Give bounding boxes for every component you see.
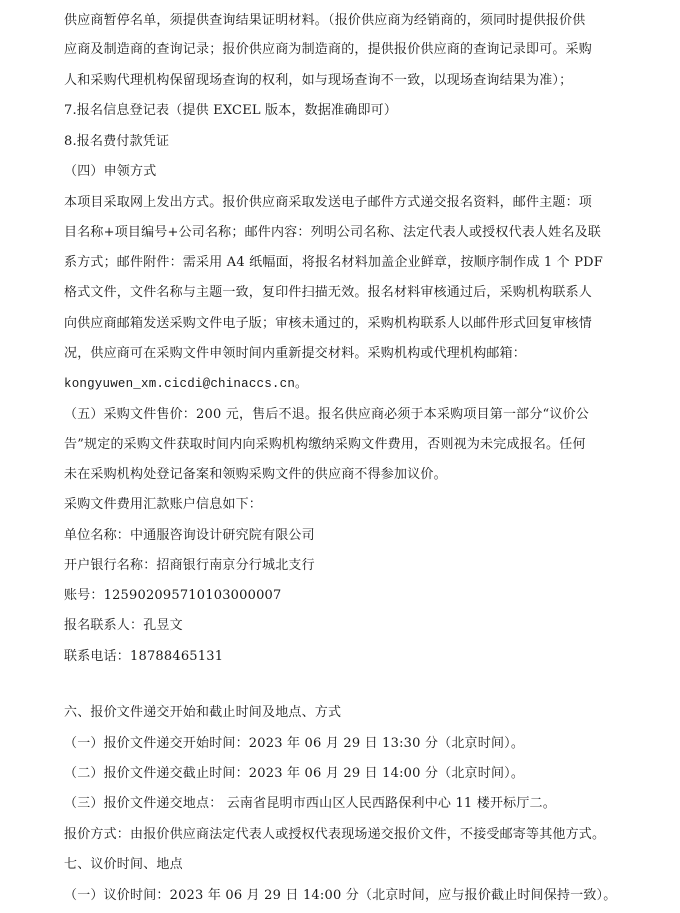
text-line: 向供应商邮箱发送采购文件电子版；审核未通过的，采购机构联系人以邮件形式回复审核情 (64, 316, 592, 332)
text-line: （三）报价文件递交地点： 云南省昆明市西山区人民西路保利中心 11 楼开标厅二。 (64, 796, 556, 812)
text-line: kongyuwen_xm.cicdi@chinaccs.cn。 (64, 376, 308, 392)
text-line: 账号：125902095710103000007 (64, 588, 282, 604)
text-line: 应商及制造商的查询记录；报价供应商为制造商的，提供报价供应商的查询记录即可。采购 (64, 42, 592, 58)
text-line: 系方式；邮件附件：需采用 A4 纸幅面，将报名材料加盖企业鲜章，按顺序制作成 1… (64, 255, 603, 271)
text-line: 人和采购代理机构保留现场查询的权利，如与现场查询不一致，以现场查询结果为准）； (64, 73, 572, 89)
text-line: 格式文件，文件名称与主题一致，复印件扫描无效。报名材料审核通过后，采购机构联系人 (64, 285, 592, 301)
text-line: （二）报价文件递交截止时间：2023 年 06 月 29 日 14:00 分（北… (64, 766, 524, 782)
text-line: 报价方式：由报价供应商法定代表人或授权代表现场递交报价文件，不接受邮寄等其他方式… (64, 827, 605, 843)
text-line: 目名称+项目编号+公司名称；邮件内容：列明公司名称、法定代表人或授权代表人姓名及… (64, 225, 601, 241)
text-line: 本项目采取网上发出方式。报价供应商采取发送电子邮件方式递交报名资料，邮件主题：项 (64, 195, 592, 211)
text-line: 7.报名信息登记表（提供 EXCEL 版本，数据准确即可） (64, 103, 397, 119)
text-line: 联系电话：18788465131 (64, 649, 223, 665)
text-line: 开户银行名称：招商银行南京分行城北支行 (64, 558, 315, 574)
text-line: 况，供应商可在采购文件申领时间内重新提交材料。采购机构或代理机构邮箱： (64, 346, 526, 362)
text-line: （一）议价时间：2023 年 06 月 29 日 14:00 分（北京时间，应与… (64, 888, 616, 904)
text-line: （五）采购文件售价：200 元，售后不退。报名供应商必须于本采购项目第一部分“议… (64, 407, 589, 423)
text-line: （一）报价文件递交开始时间：2023 年 06 月 29 日 13:30 分（北… (64, 736, 524, 752)
text-line: 报名联系人：孔昱文 (64, 618, 183, 634)
text-line: 8.报名费付款凭证 (64, 134, 169, 150)
text-line: 告”规定的采购文件获取时间内向采购机构缴纳采购文件费用，否则视为未完成报名。任何 (64, 437, 586, 453)
text-line: 六、报价文件递交开始和截止时间及地点、方式 (64, 705, 341, 721)
text-line: 单位名称：中通服咨询设计研究院有限公司 (64, 528, 315, 544)
text-line: 采购文件费用汇款账户信息如下： (64, 497, 262, 513)
text-line: 供应商暂停名单，须提供查询结果证明材料。（报价供应商为经销商的，须同时提供报价供 (64, 13, 586, 29)
text-line: （四）申领方式 (64, 164, 156, 180)
text-line: 未在采购机构处登记备案和领购采购文件的供应商不得参加议价。 (64, 467, 447, 483)
text-line: 七、议价时间、地点 (64, 857, 183, 873)
